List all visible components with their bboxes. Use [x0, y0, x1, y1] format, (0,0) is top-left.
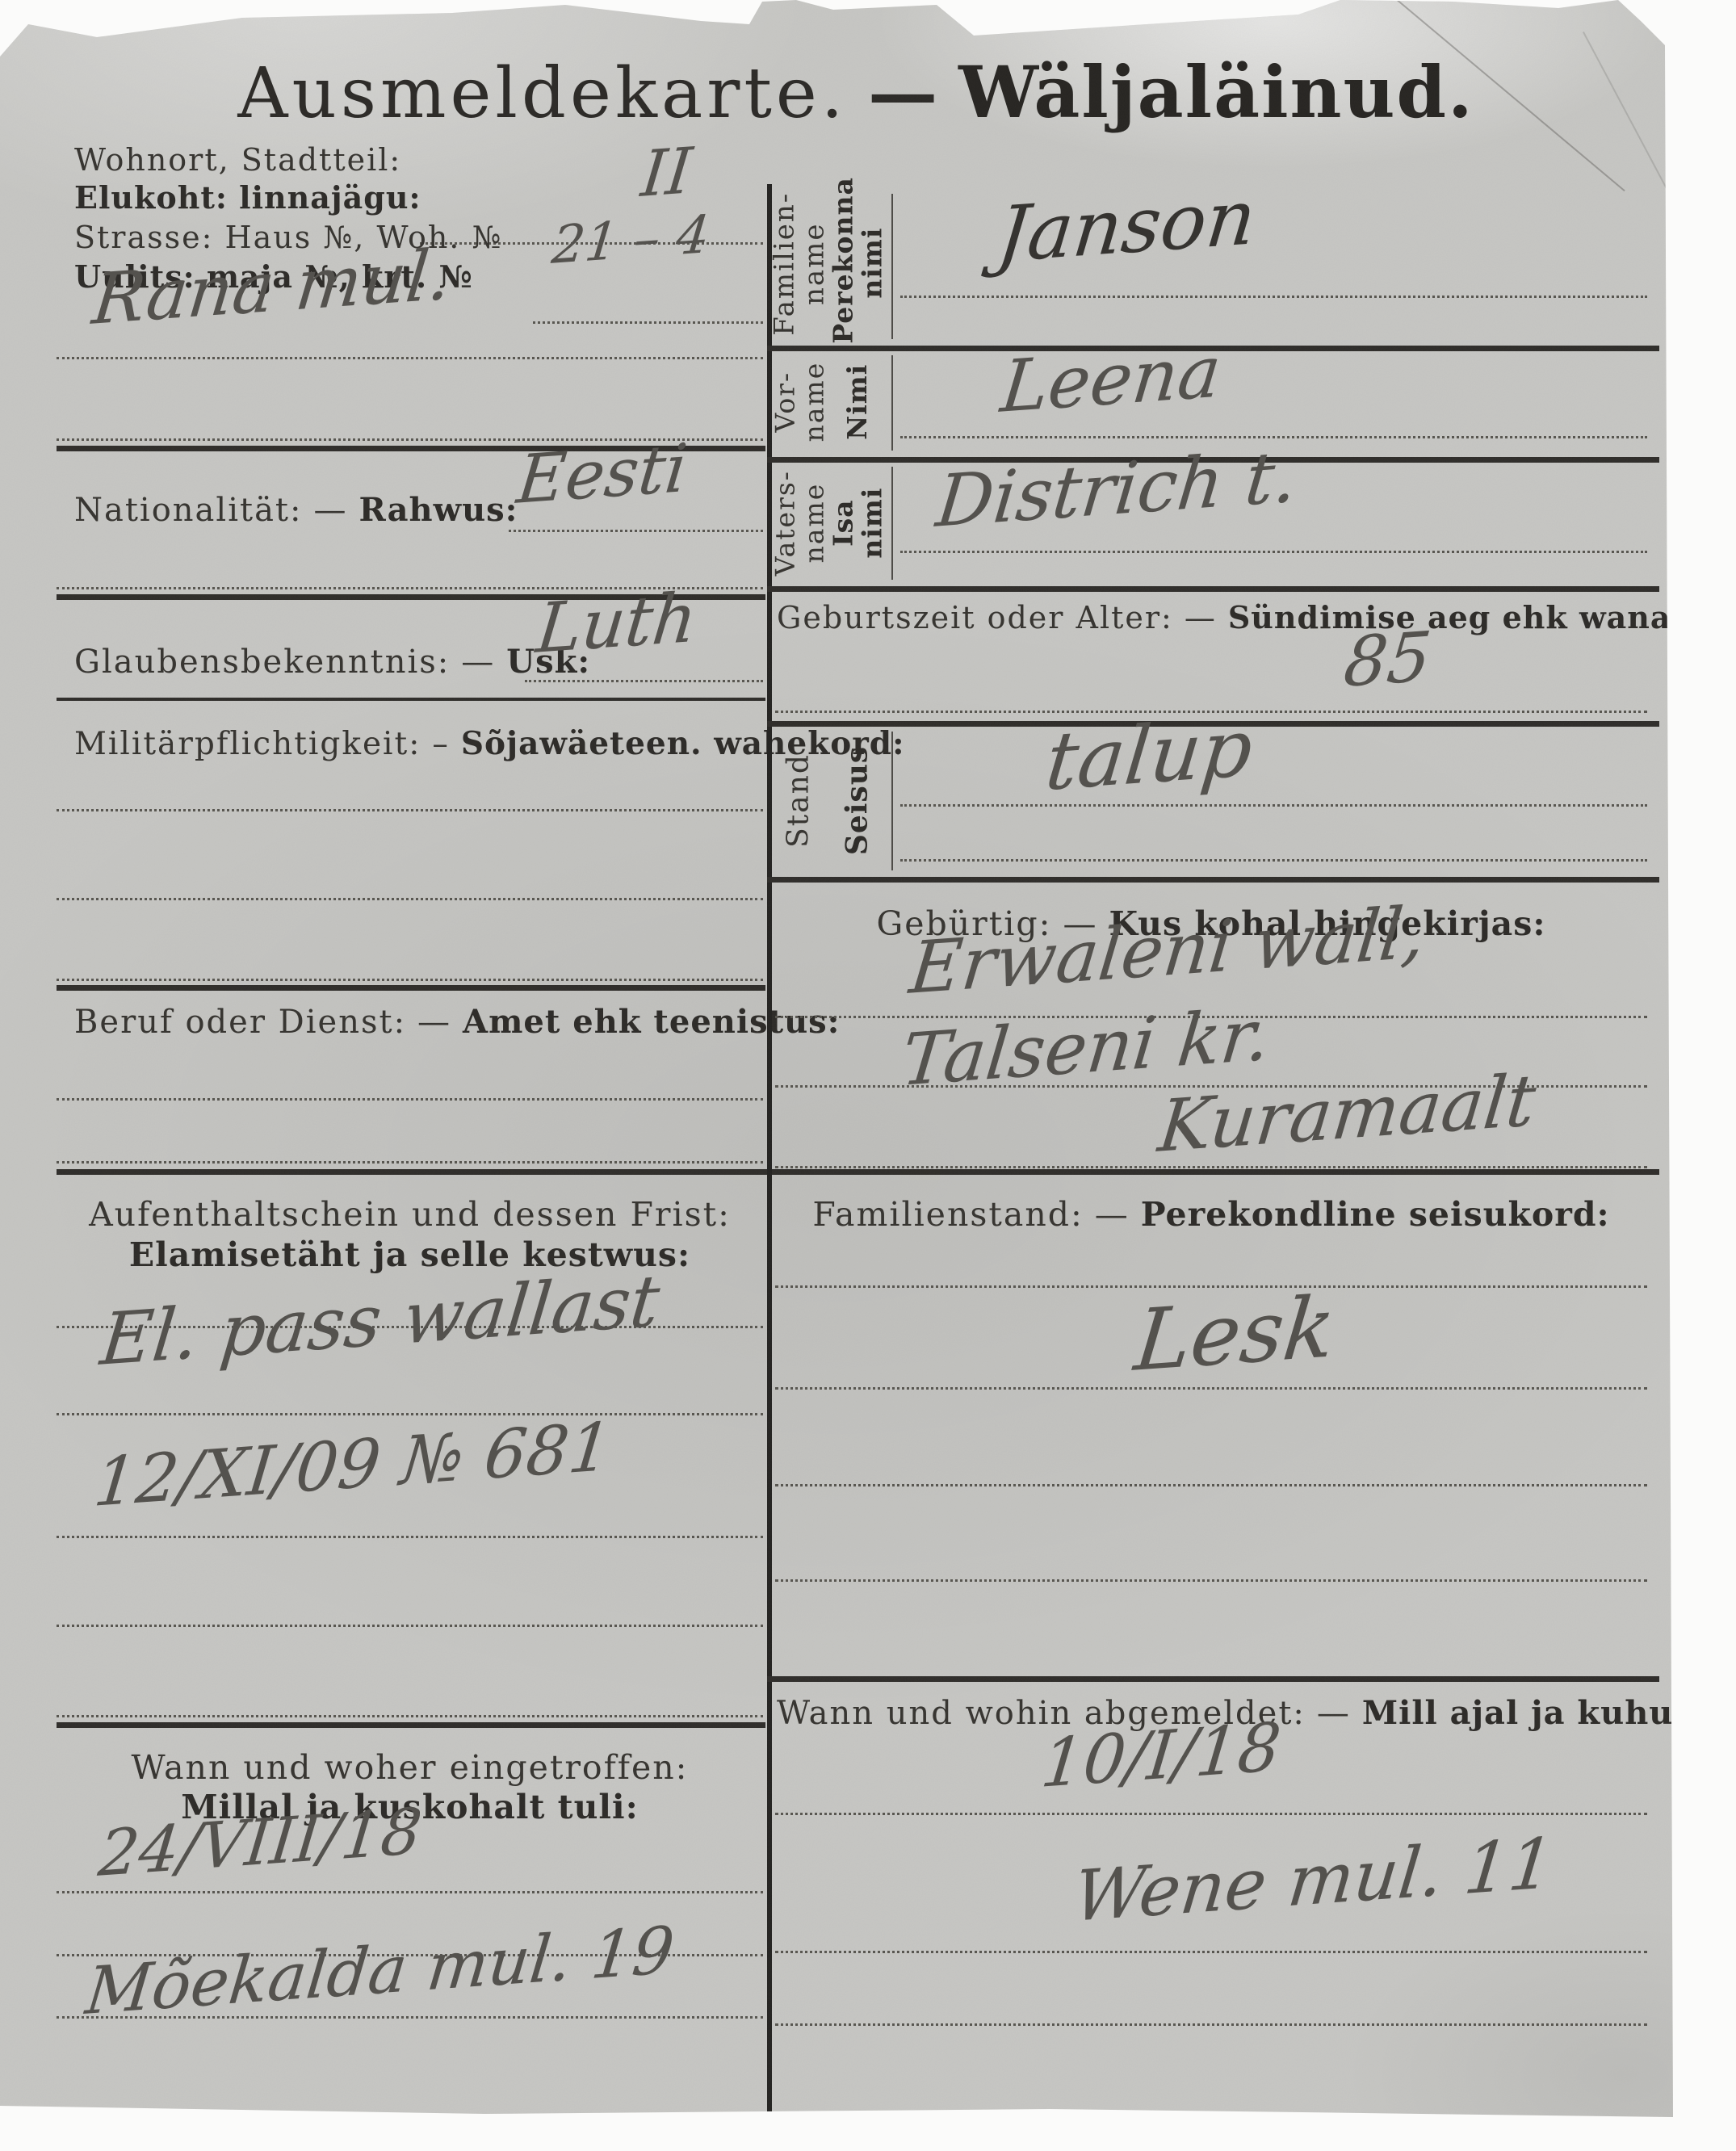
residence-label-de-1: Wohnort, Stadtteil: — [74, 142, 401, 178]
birth-label-de: Geburtszeit oder Alter: — [777, 600, 1173, 635]
dotted-line — [775, 1579, 1647, 1582]
label-separator — [891, 732, 893, 870]
family-status-label-et: Perekondline seisukord: — [1141, 1195, 1610, 1234]
dotted-line — [775, 1387, 1647, 1390]
status-label-et: Seisus — [842, 723, 874, 877]
dotted-line — [775, 1951, 1647, 1953]
label-separator — [891, 467, 893, 580]
military-label-et: Sõjawäeteen. wahekord: — [461, 725, 905, 762]
permit-label-de: Aufenthaltschein und dessen Frist: — [57, 1195, 763, 1234]
status-handwritten-value: talup — [1042, 702, 1256, 809]
section-divider — [57, 1722, 765, 1728]
first-name-label-de: Vor- name — [770, 347, 828, 457]
family-status-label-de: Familienstand: — [812, 1195, 1083, 1234]
residence-label-et-1: Elukoht: linnajägu: — [74, 179, 421, 216]
nationality-label-de: Nationalität: — [74, 492, 302, 529]
row-divider — [767, 1676, 1659, 1682]
profession-dash: — — [417, 1004, 451, 1041]
birth-label-et: Sündimise aeg ehk wanadus: — [1228, 599, 1736, 635]
arrival-handwritten-value-2: Mõekalda mul. 19 — [82, 1912, 677, 2029]
dotted-line — [775, 1166, 1647, 1168]
first-name-label-et: Nimi — [843, 347, 872, 457]
departure-label-et: Mill ajal ja kuhu läks: — [1362, 1694, 1736, 1732]
arrival-label-de: Wann und woher eingetroffen: — [57, 1748, 763, 1787]
profession-label-et: Amet ehk teenistus: — [463, 1003, 840, 1041]
family-name-label-et: Perekonna nimi — [828, 182, 886, 344]
dotted-line — [57, 979, 763, 981]
dotted-line — [57, 1161, 763, 1164]
permit-handwritten-value-2: 12/XI/09 № 681 — [90, 1408, 614, 1522]
paper-crease — [1583, 31, 1683, 218]
card-title: Ausmeldekarte. — Wäljaläinud. — [242, 50, 1470, 134]
dotted-line — [900, 551, 1647, 553]
section-divider — [57, 985, 765, 991]
row-divider — [767, 586, 1659, 592]
dotted-line — [57, 898, 763, 900]
nationality-handwritten-value: Eesti — [514, 430, 690, 519]
departure-handwritten-value-1: 10/I/18 — [1038, 1709, 1285, 1803]
house-number-dotted-line — [533, 321, 763, 324]
dotted-line — [57, 1098, 763, 1101]
dotted-line — [57, 1413, 763, 1415]
status-label-de: Stand — [784, 723, 816, 877]
dotted-line — [775, 2023, 1647, 2026]
row-divider — [767, 877, 1659, 883]
military-label-de: Militärpflichtigkeit: — [74, 726, 421, 762]
profession-label-de: Beruf oder Dienst: — [74, 1004, 406, 1041]
dotted-line — [57, 1891, 763, 1893]
birth-dash: — — [1185, 600, 1217, 635]
label-separator — [891, 355, 893, 451]
religion-handwritten-value: Luth — [533, 577, 701, 669]
family-status-handwritten-value: Lesk — [1130, 1277, 1340, 1390]
dotted-line — [775, 1484, 1647, 1486]
dotted-line — [57, 1625, 763, 1627]
religion-label-de: Glaubensbekenntnis: — [74, 644, 450, 681]
dotted-line — [775, 1813, 1647, 1815]
departure-dash: — — [1317, 1695, 1351, 1732]
dotted-line — [900, 859, 1647, 862]
title-dash: — — [868, 52, 937, 134]
family-status-dash: — — [1095, 1195, 1130, 1234]
house-number-handwritten-value: 21 – 4 — [549, 205, 712, 276]
dotted-line — [57, 809, 763, 811]
title-german: Ausmeldekarte. — [237, 53, 847, 134]
family-name-label-de: Familien- name — [769, 183, 828, 345]
father-name-label-de: Vaters- name — [770, 459, 828, 588]
dotted-line — [57, 1715, 763, 1717]
section-divider-full — [57, 1169, 1659, 1175]
first-name-handwritten-value: Leena — [997, 329, 1225, 429]
departure-handwritten-value-2: Wene mul. 11 — [1070, 1823, 1558, 1938]
father-name-handwritten-value: Districh t. — [933, 434, 1302, 543]
permit-handwritten-value-1: El. pass wallast — [97, 1259, 664, 1382]
birth-handwritten-value: 85 — [1340, 617, 1435, 702]
dotted-line — [57, 1536, 763, 1538]
dotted-line — [900, 804, 1647, 807]
religion-dotted-line — [525, 680, 763, 682]
label-separator — [891, 194, 893, 339]
family-name-handwritten-value: Janson — [993, 174, 1260, 280]
religion-dash: — — [461, 644, 495, 681]
dotted-line — [57, 357, 763, 359]
nationality-dotted-line — [509, 530, 763, 532]
district-handwritten-value: II — [638, 135, 695, 212]
section-divider — [57, 698, 765, 701]
military-dash: – — [432, 726, 450, 762]
scanned-registration-card-page: { "document": { "title": { "de": "Ausmel… — [0, 0, 1736, 2151]
father-name-label-et: Isa nimi — [828, 459, 886, 588]
card-paper: Ausmeldekarte. — Wäljaläinud. Wohnort, S… — [0, 0, 1673, 2117]
dotted-line — [57, 2016, 763, 2019]
nationality-label-et: Rahwus: — [359, 491, 518, 529]
nationality-dash: — — [313, 492, 347, 529]
dotted-line — [900, 296, 1647, 298]
title-estonian: Wäljaläinud. — [958, 50, 1474, 134]
